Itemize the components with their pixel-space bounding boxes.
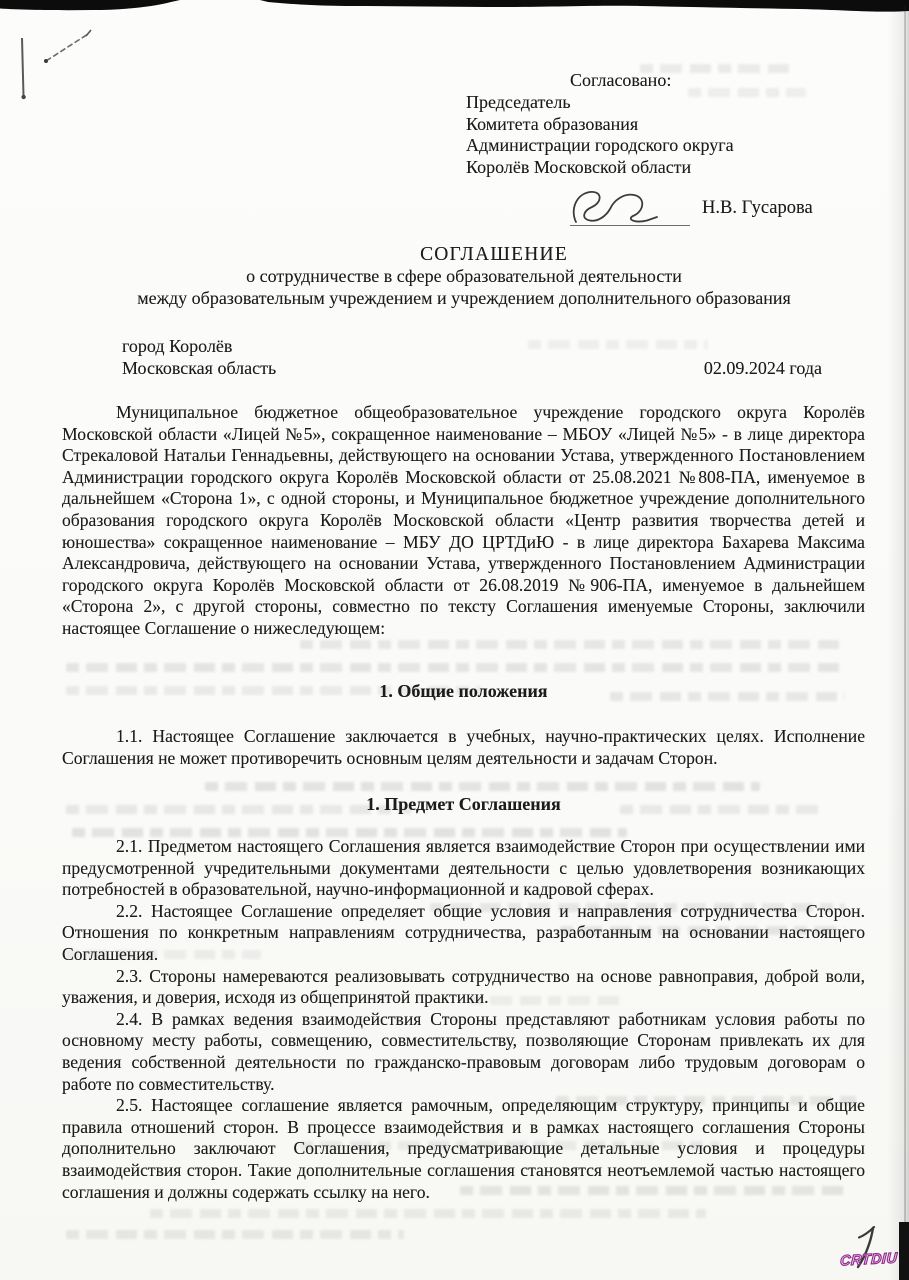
bleed-through-artifact [66,663,844,672]
document-subtitle-1: о сотрудничестве в сфере образовательной… [62,266,866,288]
paragraph-2-4: 2.4. В рамках ведения взаимодействия Сто… [62,1009,865,1095]
pen-mark-vertical [22,38,24,96]
bleed-through-artifact [300,640,845,649]
place-city: город Королёв [122,336,232,357]
bleed-through-artifact [66,1230,404,1239]
approval-line: Председатель [466,92,826,114]
paragraph-2-5: 2.5. Настоящее соглашение является рамоч… [62,1095,865,1203]
paragraph-1-1: 1.1. Настоящее Соглашение заключается в … [62,726,865,769]
paragraph-2-1: 2.1. Предметом настоящего Соглашения явл… [62,836,865,901]
signature-block: Н.В. Гусарова [560,186,860,234]
approval-line: Администрации городского округа [466,135,826,157]
approval-line: Королёв Московской области [466,157,826,179]
place-region: Московская область [122,358,276,379]
paragraph-2-2: 2.2. Настоящее Соглашение определяет общ… [62,901,865,966]
section-general-body: 1.1. Настоящее Соглашение заключается в … [62,726,865,769]
preamble-paragraph: Муниципальное бюджетное общеобразователь… [62,402,865,640]
scan-top-edge-artifact [0,0,909,18]
document-subtitle-2: между образовательным учреждением и учре… [62,288,866,310]
watermark: CRTDIU [840,1250,898,1269]
section-heading-general: 1. Общие положения [62,681,865,702]
signature-stroke-icon [562,186,682,230]
signer-name: Н.В. Гусарова [702,198,813,219]
document-title-block: СОГЛАШЕНИЕ о сотрудничестве в сфере обра… [62,244,866,309]
section-heading-subject: 1. Предмет Соглашения [62,794,865,815]
pen-mark-artifacts [10,24,110,110]
approval-block: Согласовано: Председатель Комитета образ… [466,70,826,179]
bleed-through-artifact [205,782,760,791]
paragraph-2-3: 2.3. Стороны намереваются реализовывать … [62,966,865,1009]
approval-line: Комитета образования [466,114,826,136]
scan-bottom-right-bar [899,1222,909,1280]
signature-underline [570,225,690,226]
place-date-row: Московская область 02.09.2024 года [122,358,822,379]
section-subject-body: 2.1. Предметом настоящего Соглашения явл… [62,836,865,1203]
pen-mark-diagonal [46,34,88,61]
bleed-through-artifact [150,1209,706,1218]
scan-right-edge-line [904,6,906,1274]
document-title: СОГЛАШЕНИЕ [62,244,866,266]
document-date: 02.09.2024 года [704,358,822,379]
scanned-document-page: Согласовано: Председатель Комитета образ… [0,0,909,1280]
preamble-block: Муниципальное бюджетное общеобразователь… [62,402,865,640]
approval-label: Согласовано: [466,70,826,92]
bleed-through-artifact [528,340,708,349]
